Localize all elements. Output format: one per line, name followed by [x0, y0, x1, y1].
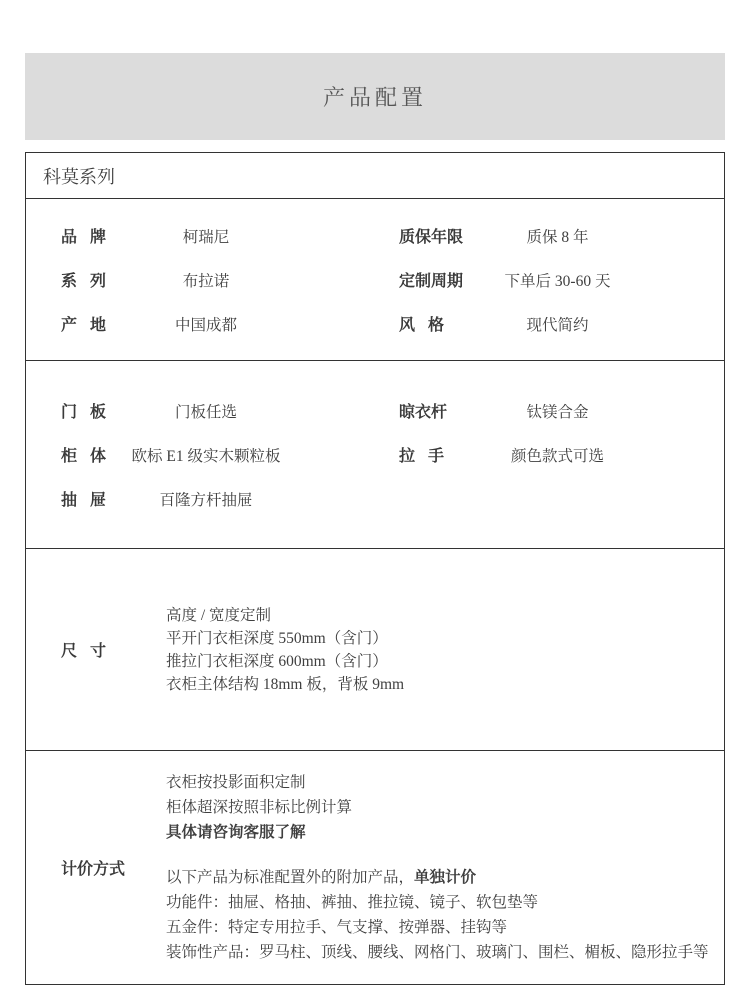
spec-row-empty — [399, 477, 724, 521]
hanging-rod-value: 钛镁合金 — [475, 400, 640, 422]
spec-table: 科莫系列 品 牌 柯瑞尼 系 列 布拉诺 产 地 中国成都 质保年限 — [25, 152, 725, 985]
section-size: 尺 寸 高度 / 宽度定制 平开门衣柜深度 550mm（含门） 推拉门衣柜深度 … — [26, 549, 724, 751]
lead-time-label: 定制周期 — [399, 268, 475, 291]
lead-time-value: 下单后 30-60 天 — [475, 269, 640, 291]
cabinet-body-value: 欧标 E1 级实木颗粒板 — [121, 444, 291, 466]
series-value: 布拉诺 — [121, 269, 291, 291]
spec-row-lead-time: 定制周期 下单后 30-60 天 — [399, 258, 724, 302]
spec-row-handle: 拉 手 颜色款式可选 — [399, 433, 724, 477]
style-label: 风 格 — [399, 312, 475, 335]
series-header: 科莫系列 — [26, 153, 724, 199]
spec-row-cabinet-body: 柜 体 欧标 E1 级实木颗粒板 — [61, 433, 386, 477]
door-panel-value: 门板任选 — [121, 400, 291, 422]
spec-row-hanging-rod: 晾衣杆 钛镁合金 — [399, 389, 724, 433]
spec-row-origin: 产 地 中国成都 — [61, 302, 386, 346]
style-value: 现代简约 — [475, 313, 640, 335]
series-name: 科莫系列 — [43, 163, 115, 189]
spec-row-brand: 品 牌 柯瑞尼 — [61, 214, 386, 258]
spec-row-door-panel: 门 板 门板任选 — [61, 389, 386, 433]
page-title: 产品配置 — [323, 81, 427, 112]
section-materials: 门 板 门板任选 柜 体 欧标 E1 级实木颗粒板 抽 屉 百隆方杆抽屉 晾衣杆… — [26, 361, 724, 549]
brand-value: 柯瑞尼 — [121, 225, 291, 247]
pricing-line: 柜体超深按照非标比例计算 — [166, 795, 709, 820]
basic-right-column: 质保年限 质保 8 年 定制周期 下单后 30-60 天 风 格 现代简约 — [386, 214, 724, 346]
door-panel-label: 门 板 — [61, 399, 121, 422]
size-line: 平开门衣柜深度 550mm（含门） — [166, 627, 404, 650]
spec-row-warranty: 质保年限 质保 8 年 — [399, 214, 724, 258]
size-line: 衣柜主体结构 18mm 板，背板 9mm — [166, 673, 404, 696]
pricing-addon-bold: 单独计价 — [414, 869, 476, 886]
materials-left-column: 门 板 门板任选 柜 体 欧标 E1 级实木颗粒板 抽 屉 百隆方杆抽屉 — [26, 389, 386, 521]
product-config-page: 产品配置 科莫系列 品 牌 柯瑞尼 系 列 布拉诺 产 地 中国成都 — [0, 0, 750, 1007]
basic-left-column: 品 牌 柯瑞尼 系 列 布拉诺 产 地 中国成都 — [26, 214, 386, 346]
spec-row-drawer: 抽 屉 百隆方杆抽屉 — [61, 477, 386, 521]
materials-right-column: 晾衣杆 钛镁合金 拉 手 颜色款式可选 — [386, 389, 724, 521]
drawer-label: 抽 屉 — [61, 487, 121, 510]
size-label: 尺 寸 — [61, 638, 131, 661]
pricing-line: 功能件：抽屉、格抽、裤抽、推拉镜、镜子、软包垫等 — [166, 890, 709, 915]
brand-label: 品 牌 — [61, 224, 121, 247]
size-line: 推拉门衣柜深度 600mm（含门） — [166, 650, 404, 673]
section-basic-info: 品 牌 柯瑞尼 系 列 布拉诺 产 地 中国成都 质保年限 质保 8 年 — [26, 199, 724, 361]
origin-value: 中国成都 — [121, 313, 291, 335]
cabinet-body-label: 柜 体 — [61, 443, 121, 466]
hanging-rod-label: 晾衣杆 — [399, 399, 475, 422]
pricing-line: 五金件：特定专用拉手、气支撑、按弹器、挂钩等 — [166, 915, 709, 940]
pricing-label: 计价方式 — [61, 856, 131, 879]
drawer-value: 百隆方杆抽屉 — [121, 488, 291, 510]
pricing-line-bold: 具体请咨询客服了解 — [166, 820, 709, 845]
series-label: 系 列 — [61, 268, 121, 291]
size-content: 高度 / 宽度定制 平开门衣柜深度 550mm（含门） 推拉门衣柜深度 600m… — [166, 604, 404, 696]
pricing-line-mixed: 以下产品为标准配置外的附加产品，单独计价 — [166, 865, 709, 890]
pricing-addon-prefix: 以下产品为标准配置外的附加产品， — [166, 869, 414, 886]
section-pricing: 计价方式 衣柜按投影面积定制 柜体超深按照非标比例计算 具体请咨询客服了解 以下… — [26, 751, 724, 984]
spec-row-series: 系 列 布拉诺 — [61, 258, 386, 302]
pricing-line: 衣柜按投影面积定制 — [166, 770, 709, 795]
handle-label: 拉 手 — [399, 443, 475, 466]
size-line: 高度 / 宽度定制 — [166, 604, 404, 627]
spec-row-style: 风 格 现代简约 — [399, 302, 724, 346]
warranty-label: 质保年限 — [399, 224, 475, 247]
handle-value: 颜色款式可选 — [475, 444, 640, 466]
origin-label: 产 地 — [61, 312, 121, 335]
warranty-value: 质保 8 年 — [475, 225, 640, 247]
pricing-content: 衣柜按投影面积定制 柜体超深按照非标比例计算 具体请咨询客服了解 以下产品为标准… — [166, 770, 709, 965]
title-banner: 产品配置 — [25, 53, 725, 140]
pricing-line: 装饰性产品：罗马柱、顶线、腰线、网格门、玻璃门、围栏、楣板、隐形拉手等 — [166, 940, 709, 965]
